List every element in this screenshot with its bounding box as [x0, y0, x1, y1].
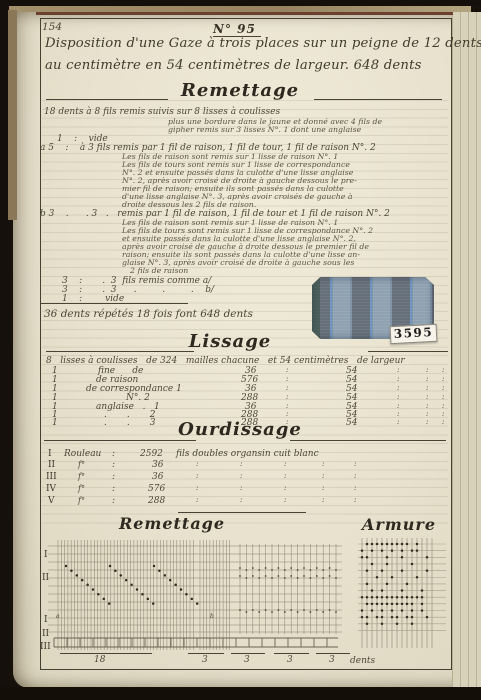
handwritten-text-line: : [426, 411, 428, 418]
handwritten-text-line: 576 [148, 485, 165, 494]
section-heading-ourdissage: Ourdissage [178, 419, 302, 440]
fabric-swatch-edge [312, 277, 320, 339]
handwritten-text-line: gipher remis sur 3 lisses N°. 1 dont une… [168, 126, 361, 134]
svg-text:b: b [210, 613, 214, 620]
ink-rule [46, 351, 194, 352]
handwritten-text-line: : [112, 450, 115, 459]
handwritten-text-line: : [322, 461, 324, 468]
handwritten-text-line: f° [78, 473, 85, 481]
ink-rule [314, 99, 442, 100]
handwritten-text-line: : [196, 461, 198, 468]
ink-rule [60, 653, 152, 654]
handwritten-text-line: : [240, 461, 242, 468]
title-line-2: au centimètre en 54 centimètres de large… [45, 58, 422, 73]
handwritten-text-line: IV [46, 485, 56, 494]
handwritten-text-line: : [354, 485, 356, 492]
handwritten-text-line: : [286, 394, 288, 401]
handwritten-text-line: 36 dents répétés 18 fois font 648 dents [44, 309, 253, 320]
section-heading-remettage-draft: Remettage [119, 514, 225, 533]
handwritten-text-line: : [112, 497, 115, 506]
book-cover-edge-left [8, 10, 17, 220]
handwritten-text-line: 36 [152, 473, 163, 482]
handwritten-text-line: : [286, 367, 288, 374]
handwritten-text-line: : [354, 497, 356, 504]
handwritten-text-line: : [397, 394, 399, 401]
handwritten-text-line: : [286, 376, 288, 383]
swatch-stamp: 3595 [390, 324, 438, 344]
ink-rule [178, 512, 306, 513]
handwritten-text-line: 2592 [140, 450, 163, 459]
handwritten-text-line: 3 [287, 656, 293, 665]
handwritten-text-line: : [442, 394, 444, 401]
handwritten-text-line: : [442, 403, 444, 410]
handwritten-text-line: : [284, 497, 286, 504]
handwritten-text-line: : [322, 473, 324, 480]
handwritten-text-line: 3 [244, 656, 250, 665]
section-heading-remettage: Remettage [181, 80, 299, 101]
handwritten-text-line: V [48, 497, 55, 506]
handwritten-text-line: 288 [241, 419, 258, 428]
armure-weave-diagram [356, 536, 448, 654]
handwritten-text-line: : [397, 411, 399, 418]
handwritten-text-line: fils doubles organsin cuit blanc [176, 450, 319, 459]
handwritten-text-line: : [426, 376, 428, 383]
handwritten-text-line: . . 3 [104, 419, 156, 428]
handwritten-text-line: 2 fils de raison [130, 267, 188, 275]
ink-rule [290, 440, 446, 441]
handwritten-text-line: II [48, 461, 55, 470]
ink-rule [44, 440, 196, 441]
handwritten-text-line: 3 [202, 656, 208, 665]
page-number: 154 [42, 21, 62, 33]
handwritten-text-line: : [322, 485, 324, 492]
ink-rule [46, 99, 168, 100]
handwritten-text-line: : [112, 485, 115, 494]
handwritten-text-line: III [46, 473, 57, 482]
handwritten-text-line: : [240, 497, 242, 504]
handwritten-text-line: Rouleau [64, 450, 101, 459]
ink-rule [316, 653, 350, 654]
section-heading-armure: Armure [362, 515, 436, 534]
handwritten-text-line: : [397, 376, 399, 383]
page-stack-edge [452, 12, 481, 687]
handwritten-text-line: 8 lisses à coulisses de 324 mailles chac… [46, 357, 405, 366]
handwritten-text-line: I [48, 450, 52, 459]
handwritten-text-line: : [442, 376, 444, 383]
ink-rule [231, 653, 265, 654]
handwritten-text-line: f° [78, 461, 85, 469]
handwritten-text-line: : [397, 367, 399, 374]
handwritten-text-line: 3 [329, 656, 335, 665]
handwritten-text-line: : [112, 461, 115, 470]
handwritten-text-line: : [397, 419, 399, 426]
handwritten-text-line: : [286, 403, 288, 410]
title-line-1: Disposition d'une Gaze à trois places su… [45, 36, 481, 51]
handwritten-text-line: : [426, 385, 428, 392]
handwritten-text-line: : [426, 394, 428, 401]
ink-rule [213, 36, 261, 37]
handwritten-text-line: 36 [152, 461, 163, 470]
ink-rule [368, 351, 448, 352]
handwritten-text-line: 54 [346, 419, 357, 428]
handwritten-text-line: : [397, 385, 399, 392]
handwritten-text-line: : [286, 411, 288, 418]
handwritten-text-line: : [284, 485, 286, 492]
photo-edge-bottom [0, 687, 481, 700]
handwritten-text-line: : [354, 461, 356, 468]
handwritten-text-line: : [426, 367, 428, 374]
handwritten-text-line: dents [350, 657, 375, 666]
handwritten-text-line: : [284, 461, 286, 468]
book-page-photo: 154 N° 95 Disposition d'une Gaze à trois… [0, 0, 481, 700]
handwritten-text-line: droite dessous les 2 fils de raison. [122, 201, 256, 209]
handwritten-text-line: : [354, 473, 356, 480]
handwritten-text-line: 18 dents à 8 fils remis suivis sur 8 lis… [44, 108, 280, 117]
ink-rule [274, 653, 309, 654]
handwritten-text-line: : [442, 367, 444, 374]
frame-outer-line [36, 12, 453, 15]
handwritten-text-line: : [196, 473, 198, 480]
handwritten-text-line: : [442, 385, 444, 392]
handwritten-text-line: : [426, 403, 428, 410]
handwritten-text-line: : [322, 497, 324, 504]
handwritten-text-line: : [442, 411, 444, 418]
section-heading-lissage: Lissage [189, 331, 271, 352]
ink-rule [188, 653, 224, 654]
handwritten-text-line: 288 [148, 497, 165, 506]
handwritten-text-line: : [240, 485, 242, 492]
doc-number: N° 95 [213, 22, 256, 36]
handwritten-text-line: : [112, 473, 115, 482]
remettage-draft-diagram: ab [46, 538, 346, 653]
handwritten-text-line: : [426, 419, 428, 426]
ink-rule [40, 303, 188, 304]
handwritten-text-line: : [286, 419, 288, 426]
photo-edge-top [0, 0, 481, 6]
handwritten-text-line: : [196, 485, 198, 492]
handwritten-text-line: : [397, 403, 399, 410]
handwritten-text-line: f° [78, 497, 85, 505]
svg-text:a: a [56, 613, 60, 620]
handwritten-text-line: 18 [94, 656, 105, 665]
handwritten-text-line: : [284, 473, 286, 480]
handwritten-text-line: : [286, 385, 288, 392]
handwritten-text-line: : [196, 497, 198, 504]
handwritten-text-line: f° [78, 485, 85, 493]
handwritten-text-line: 1 [52, 419, 58, 428]
handwritten-text-line: : [240, 473, 242, 480]
handwritten-text-line: : [442, 419, 444, 426]
